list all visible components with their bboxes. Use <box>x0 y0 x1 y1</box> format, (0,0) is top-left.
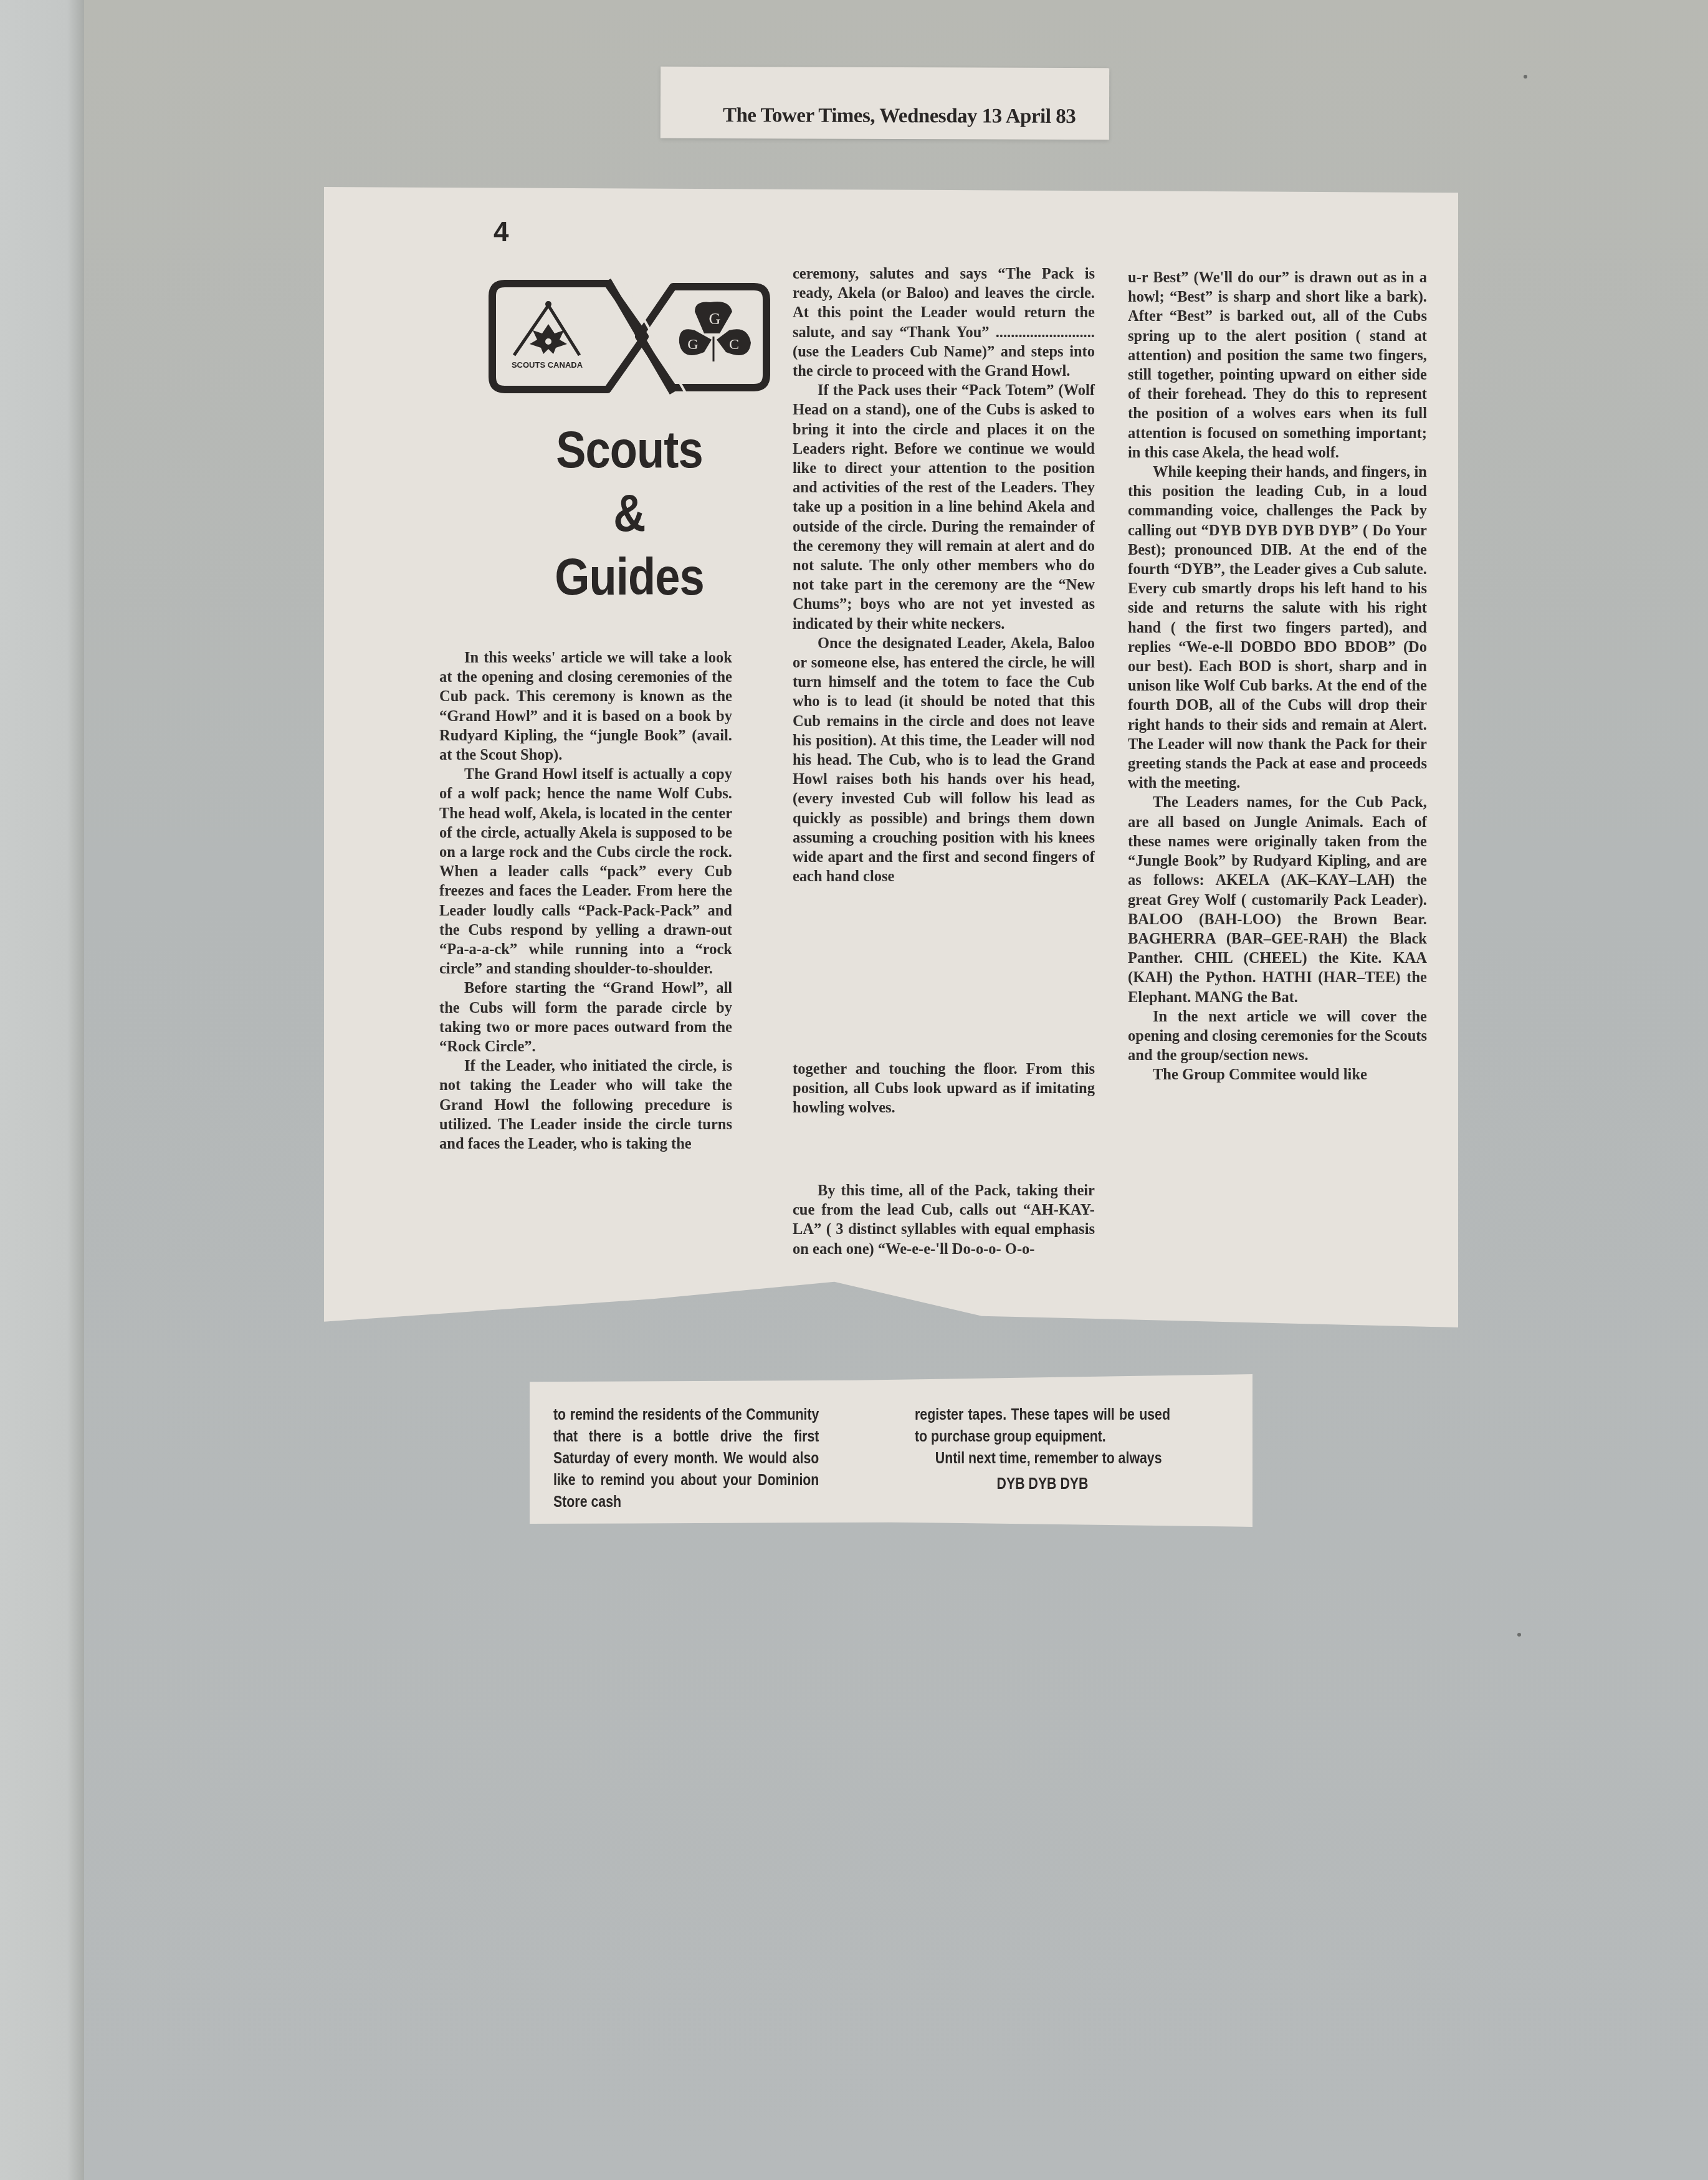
svg-text:G: G <box>687 337 698 353</box>
scouts-guides-logo: SCOUTS CANADA G G C <box>480 274 779 399</box>
footer-column-2: register tapes. These tapes will be used… <box>915 1403 1170 1494</box>
article-column-3: u-r Best” (We'll do our” is drawn out as… <box>1128 268 1427 1085</box>
title-line-scouts: Scouts <box>495 418 763 481</box>
paragraph: together and touching the floor. From th… <box>793 1059 1095 1118</box>
album-binding-edge <box>0 0 84 2180</box>
svg-text:SCOUTS CANADA: SCOUTS CANADA <box>512 360 583 370</box>
dust-speck <box>1524 75 1527 79</box>
paragraph: Before starting the “Grand Howl”, all th… <box>439 978 732 1056</box>
svg-text:C: C <box>729 337 739 353</box>
signoff: DYB DYB DYB <box>915 1473 1170 1494</box>
paragraph: The Group Commitee would like <box>1128 1065 1427 1084</box>
article-column-1: In this weeks' article we will take a lo… <box>439 648 732 1154</box>
dust-speck <box>1517 1633 1521 1637</box>
paragraph: In this weeks' article we will take a lo… <box>439 648 732 765</box>
paragraph: If the Pack uses their “Pack Totem” (Wol… <box>793 381 1095 634</box>
paragraph: If the Leader, who initiated the circle,… <box>439 1056 732 1154</box>
paragraph: While keeping their hands, and fingers, … <box>1128 462 1427 793</box>
article-column-2-continued: together and touching the floor. From th… <box>793 1059 1095 1118</box>
article-clipping: 4 SCOUTS CANADA G G C Scouts & G <box>324 187 1458 1327</box>
paragraph: to remind the residents of the Community… <box>553 1403 819 1513</box>
paragraph: register tapes. These tapes will be used… <box>915 1403 1170 1447</box>
paragraph: In the next article we will cover the op… <box>1128 1007 1427 1066</box>
footer-clipping: to remind the residents of the Community… <box>530 1374 1252 1527</box>
paragraph: The Leaders names, for the Cub Pack, are… <box>1128 793 1427 1006</box>
page-number: 4 <box>494 217 508 248</box>
masthead-text: The Tower Times, Wednesday 13 April 83 <box>723 104 1076 128</box>
masthead-clipping: The Tower Times, Wednesday 13 April 83 <box>661 67 1109 140</box>
paragraph: By this time, all of the Pack, taking th… <box>793 1181 1095 1259</box>
footer-column-1: to remind the residents of the Community… <box>553 1403 819 1513</box>
girl-guides-trefoil-icon: G G C <box>679 302 751 361</box>
scouts-canada-emblem-icon: SCOUTS CANADA <box>512 301 583 370</box>
paragraph: Until next time, remember to always <box>915 1447 1170 1469</box>
svg-text:G: G <box>709 310 721 328</box>
article-column-2: ceremony, salutes and says “The Pack is … <box>793 264 1095 887</box>
paragraph: Once the designated Leader, Akela, Baloo… <box>793 634 1095 887</box>
title-line-ampersand: & <box>495 481 763 545</box>
article-column-2-final: By this time, all of the Pack, taking th… <box>793 1181 1095 1259</box>
paragraph: The Grand Howl itself is actually a copy… <box>439 765 732 978</box>
paragraph: u-r Best” (We'll do our” is drawn out as… <box>1128 268 1427 462</box>
paragraph: ceremony, salutes and says “The Pack is … <box>793 264 1095 381</box>
title-line-guides: Guides <box>495 545 763 608</box>
article-title: Scouts & Guides <box>495 418 763 608</box>
